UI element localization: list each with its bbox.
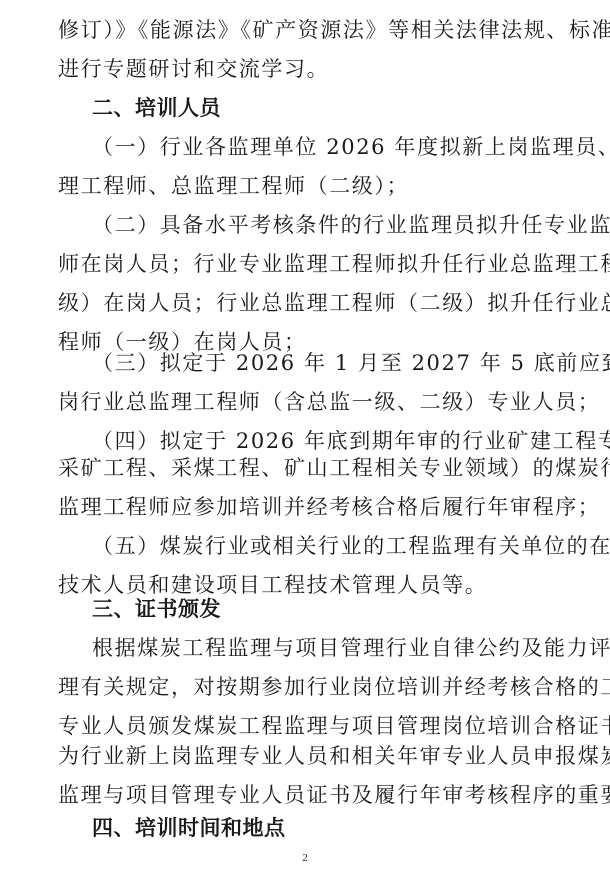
body-line: 根据煤炭工程监理与项目管理行业自律公约及能力评价管 <box>92 635 592 661</box>
list-item-3: （三）拟定于 2026 年 1 月至 2027 年 5 底前应到期年审的在 <box>92 350 592 376</box>
body-line: 进行专题研讨和交流学习。 <box>58 56 558 82</box>
body-line: 理工程师、总监理工程师（二级）； <box>58 173 558 199</box>
page-number: 2 <box>0 852 610 864</box>
body-line: 技术人员和建设项目工程技术管理人员等。 <box>58 572 558 598</box>
section-heading-certificate: 三、证书颁发 <box>92 596 592 622</box>
body-line: 专业人员颁发煤炭工程监理与项目管理岗位培训合格证书，并作 <box>58 713 558 739</box>
section-heading-time-location: 四、培训时间和地点 <box>92 815 592 841</box>
list-item-2: （二）具备水平考核条件的行业监理员拟升任专业监理工程 <box>92 212 592 238</box>
body-line: 修订）》《能源法》《矿产资源法》等相关法律法规、标准规范 <box>58 17 558 43</box>
body-line: 级）在岗人员；行业总监理工程师（二级）拟升任行业总监理工 <box>58 290 558 316</box>
body-line: 监理与项目管理专业人员证书及履行年审考核程序的重要依据。 <box>58 782 558 808</box>
body-line: 监理工程师应参加培训并经考核合格后履行年审程序； <box>58 494 558 520</box>
body-line: 师在岗人员；行业专业监理工程师拟升任行业总监理工程师（二 <box>58 251 558 277</box>
body-line: 岗行业总监理工程师（含总监一级、二级）专业人员； <box>58 389 558 415</box>
body-line: 理有关规定，对按期参加行业岗位培训并经考核合格的工程监理 <box>58 674 558 700</box>
list-item-1: （一）行业各监理单位 2026 年度拟新上岗监理员、专业监 <box>92 134 592 160</box>
section-heading-trainees: 二、培训人员 <box>92 95 592 121</box>
list-item-5: （五）煤炭行业或相关行业的工程监理有关单位的在岗工程 <box>92 533 592 559</box>
document-page: 修订）》《能源法》《矿产资源法》等相关法律法规、标准规范 进行专题研讨和交流学习… <box>0 0 610 879</box>
body-line: 采矿工程、采煤工程、矿山工程相关专业领域）的煤炭行业专业 <box>58 455 558 481</box>
list-item-4: （四）拟定于 2026 年底到期年审的行业矿建工程专业（含 <box>92 428 592 454</box>
body-line: 为行业新上岗监理专业人员和相关年审专业人员申报煤炭工程 <box>58 743 558 769</box>
